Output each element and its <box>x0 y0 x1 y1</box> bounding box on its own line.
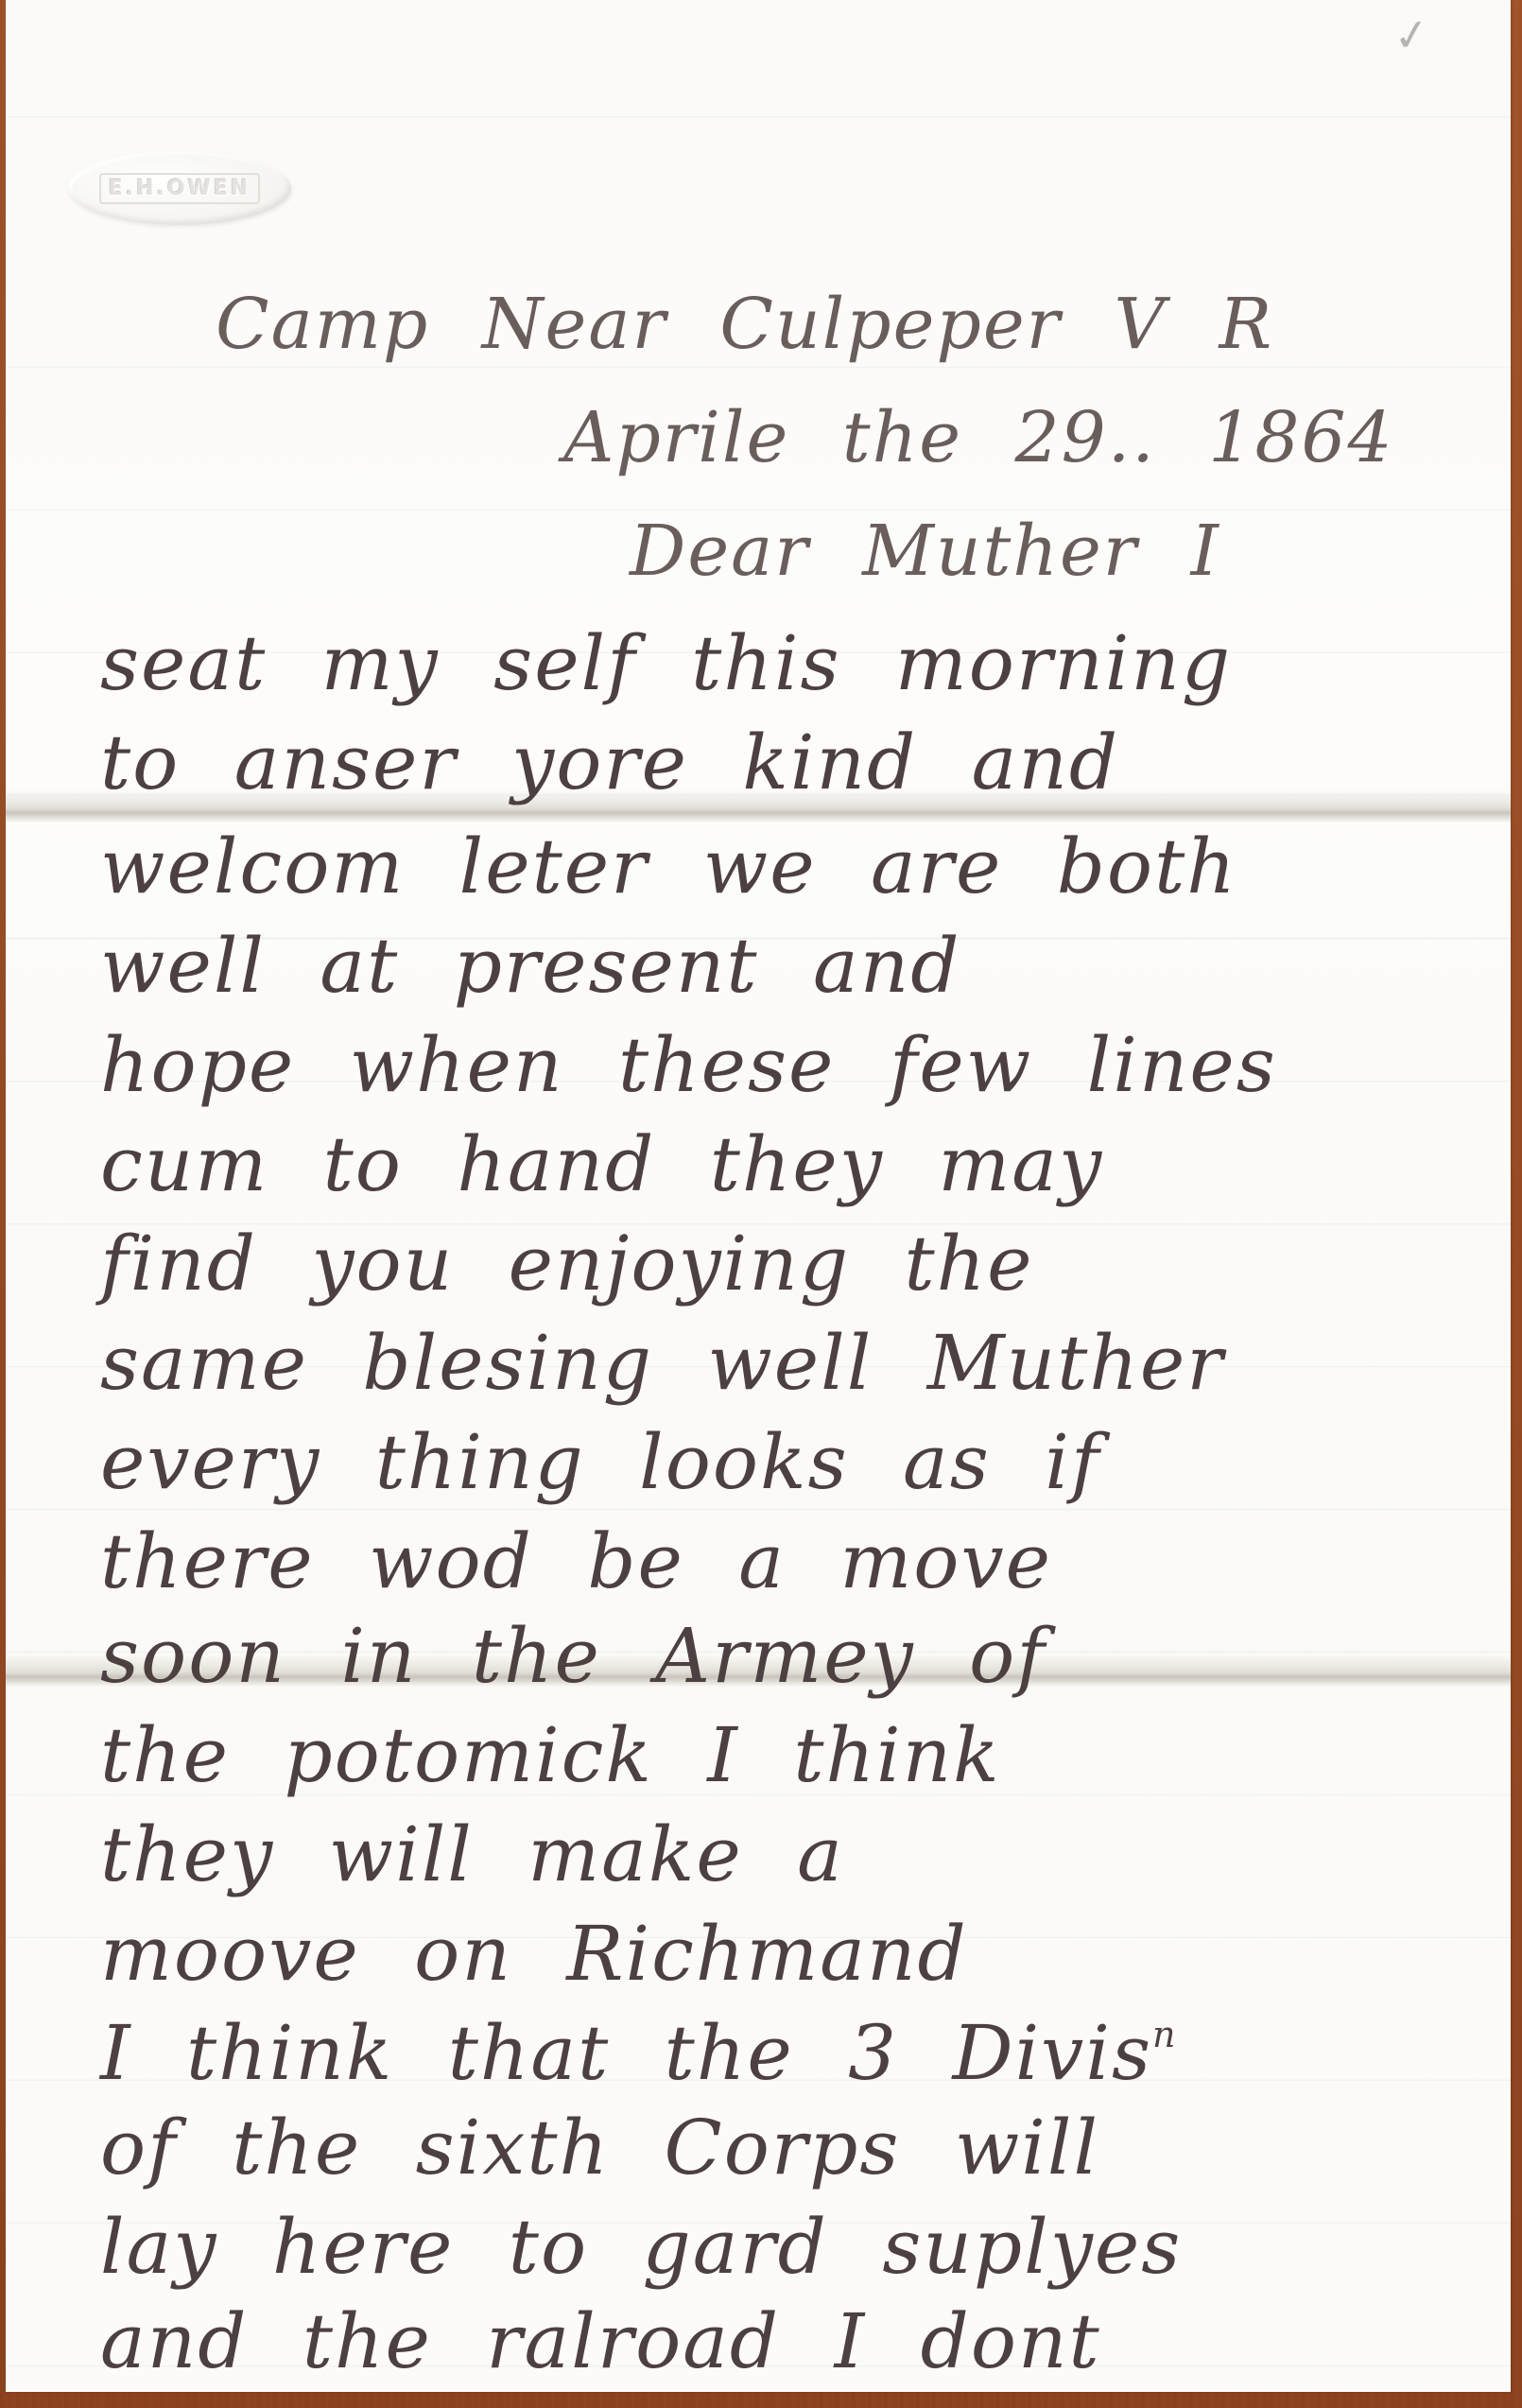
body-line: hope when these few lines <box>100 1021 1277 1109</box>
body-line-text: I think that the 3 Divis <box>100 2009 1152 2097</box>
checkmark-icon: ✓ <box>1390 8 1433 63</box>
body-line: soon in the Armey of <box>100 1612 1046 1700</box>
heading-date: Aprile the 29.. 1864 <box>563 397 1394 478</box>
body-line: the potomick I think <box>100 1711 1001 1799</box>
superscript-note: n <box>1152 2014 1175 2055</box>
body-line: seat my self this morning <box>100 619 1232 707</box>
body-line: lay here to gard suplyes <box>100 2203 1182 2291</box>
heading-place: Camp Near Culpeper V R <box>216 284 1273 365</box>
body-line: there wod be a move <box>100 1517 1052 1605</box>
body-line: moove on Richmand <box>100 1910 968 1998</box>
body-line: cum to hand they may <box>100 1120 1103 1208</box>
body-line: well at present and <box>100 922 960 1010</box>
body-line-with-superscript: I think that the 3 Divisn <box>100 2009 1175 2097</box>
letter-page: E.H.OWEN ✓ Camp Near Culpeper V R Aprile… <box>6 0 1511 2392</box>
emboss-stamp-text: E.H.OWEN <box>99 173 261 204</box>
body-line: of the sixth Corps will <box>100 2104 1099 2191</box>
body-line: same blesing well Muther <box>100 1319 1224 1407</box>
body-line: and the ralroad I dont <box>100 2297 1101 2385</box>
body-line: to anser yore kind and <box>100 719 1119 806</box>
salutation: Dear Muther I <box>630 511 1220 592</box>
body-line: every thing looks as if <box>100 1418 1100 1506</box>
body-line: welcom leter we are both <box>100 823 1237 910</box>
body-line: find you enjoying the <box>100 1220 1033 1308</box>
body-line: they will make a <box>100 1810 844 1898</box>
embossed-stamp: E.H.OWEN <box>68 151 291 225</box>
